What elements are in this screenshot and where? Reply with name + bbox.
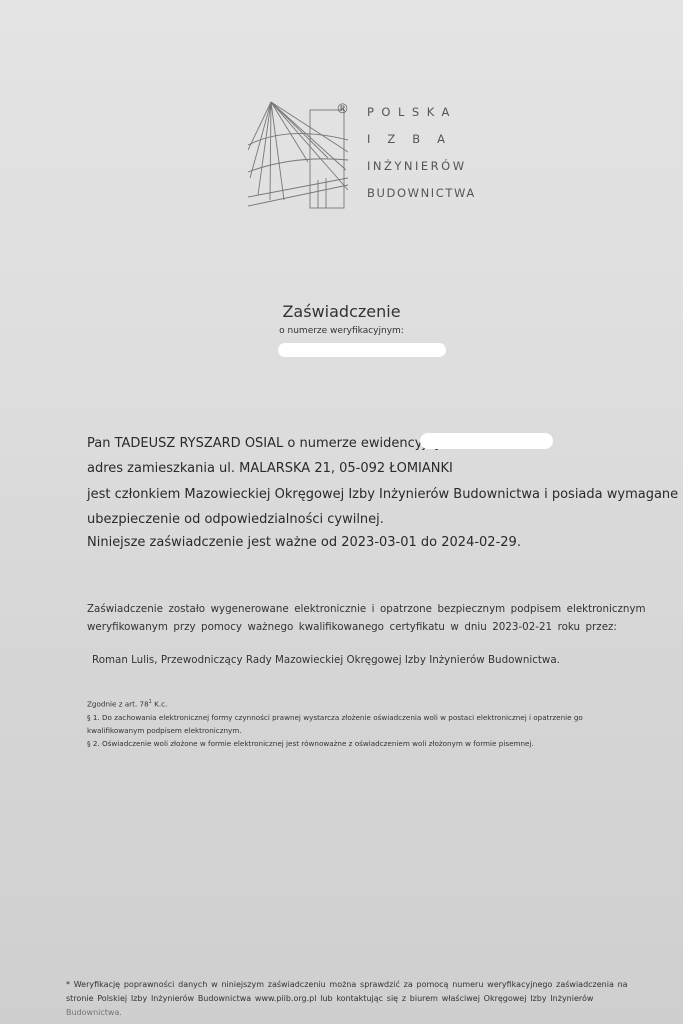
legal-paragraph-1-line-1: § 1. Do zachowania elektronicznej formy …: [87, 713, 583, 722]
logo-line-polska: POLSKA: [367, 100, 476, 127]
document-title: Zaświadczenie: [0, 302, 683, 321]
piib-logo-icon: [248, 100, 348, 210]
logo-text: POLSKA IZBA INŻYNIERÓW BUDOWNICTWA: [367, 100, 476, 208]
redacted-registration-number: [420, 433, 553, 449]
redacted-verification-number: [278, 343, 446, 357]
footer-line-1: * Weryfikację poprawności danych w ninie…: [66, 980, 628, 989]
legal-ref-prefix: Zgodnie z art. 78: [87, 699, 149, 708]
logo-line-izba: IZBA: [367, 127, 476, 154]
body-line-insurance: ubezpieczenie od odpowiedzialności cywil…: [87, 512, 384, 527]
signature-line-1: Zaświadczenie zostało wygenerowane elekt…: [87, 603, 646, 615]
legal-paragraph-1-line-2: kwalifikowanym podpisem elektronicznym.: [87, 726, 242, 735]
registered-mark: ®: [336, 102, 349, 117]
footer-line-2: stronie Polskiej Izby Inżynierów Budowni…: [66, 994, 593, 1003]
legal-reference: Zgodnie z art. 781 K.c.: [87, 699, 167, 708]
legal-paragraph-2: § 2. Oświadczenie woli złożone w formie …: [87, 739, 534, 748]
logo-line-budownictwa: BUDOWNICTWA: [367, 181, 476, 208]
verification-label: o numerze weryfikacyjnym:: [0, 326, 683, 336]
legal-ref-suffix: K.c.: [152, 699, 168, 708]
body-line-validity: Niniejsze zaświadczenie jest ważne od 20…: [87, 535, 521, 550]
footer-line-3: Budownictwa.: [66, 1008, 122, 1017]
signature-line-2: weryfikowanym przy pomocy ważnego kwalif…: [87, 621, 617, 633]
body-line-membership: jest członkiem Mazowieckiej Okręgowej Iz…: [87, 487, 678, 502]
body-line-address: adres zamieszkania ul. MALARSKA 21, 05-0…: [87, 461, 453, 476]
signer: Roman Lulis, Przewodniczący Rady Mazowie…: [92, 654, 560, 666]
logo-line-inzynierow: INŻYNIERÓW: [367, 154, 476, 181]
body-line-name: Pan TADEUSZ RYSZARD OSIAL o numerze ewid…: [87, 436, 455, 451]
